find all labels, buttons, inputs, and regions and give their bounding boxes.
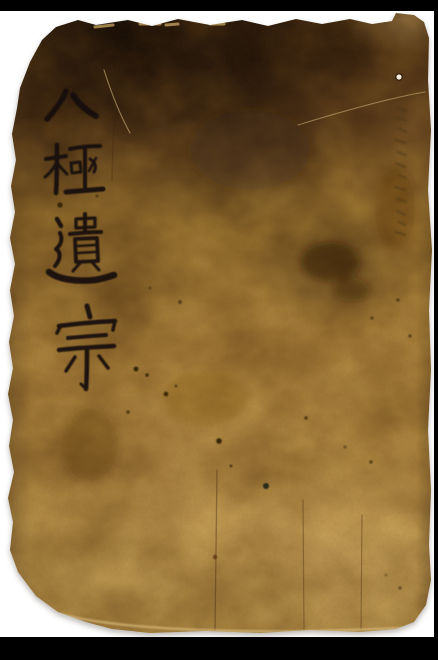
- photo-frame: 八 極 遺 宗: [0, 0, 438, 660]
- faint-inscription-marks: [395, 108, 406, 235]
- ink-layer: [0, 0, 438, 660]
- brush-title-strokes: [45, 91, 115, 389]
- book-cover: 八 極 遺 宗: [0, 0, 438, 660]
- worm-hole: [396, 74, 403, 81]
- book-photo: 八 極 遺 宗: [0, 0, 438, 660]
- ink-spots: [57, 195, 411, 590]
